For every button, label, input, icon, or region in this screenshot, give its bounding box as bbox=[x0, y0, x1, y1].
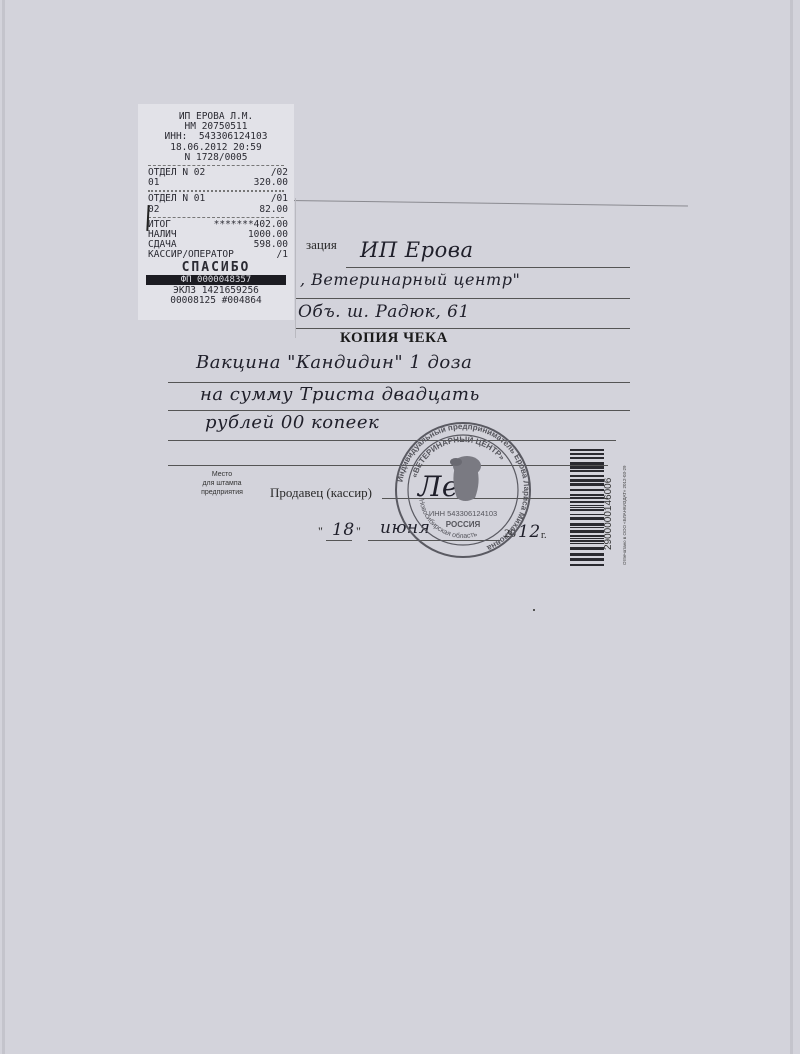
scan-edge-left bbox=[2, 0, 5, 1054]
item-handwriting-1: Вакцина "Кандидин" 1 доза bbox=[196, 352, 472, 373]
receipt-footer: 00008125 #004864 bbox=[138, 296, 294, 306]
stamp-country: РОССИЯ bbox=[446, 520, 481, 529]
dog-head-icon bbox=[450, 456, 481, 501]
address-line bbox=[296, 328, 630, 329]
date-year-end: г. bbox=[541, 530, 546, 541]
stamp-place-label: Место для штампа предприятия bbox=[182, 470, 262, 497]
organization-handwriting: ИП Ерова bbox=[360, 238, 473, 262]
stamp-place-line-3: предприятия bbox=[182, 488, 262, 497]
item-line-3 bbox=[168, 440, 616, 441]
form-title: КОПИЯ ЧЕКА bbox=[340, 330, 448, 347]
date-quote-open: " bbox=[318, 524, 323, 539]
department-amount: 320.00 bbox=[254, 178, 288, 188]
item-line-2 bbox=[168, 410, 630, 411]
receipt-separator bbox=[148, 217, 284, 218]
item-handwriting-2: на сумму Триста двадцать bbox=[200, 384, 480, 405]
item-handwriting-3: рублей 00 копеек bbox=[205, 412, 379, 433]
fiscal-sign-bar: ФП 0000048357 bbox=[146, 275, 286, 285]
date-day-line bbox=[326, 540, 352, 541]
form-top-border bbox=[290, 200, 688, 207]
scan-speck bbox=[533, 609, 535, 611]
organization-handwriting-2: , Ветеринарный центр" bbox=[300, 270, 520, 289]
address-handwriting: Объ. ш. Радюк, 61 bbox=[298, 302, 470, 322]
department-item: 02 bbox=[148, 205, 159, 215]
item-line-4 bbox=[168, 465, 608, 466]
organization-line-1 bbox=[346, 267, 630, 268]
department-amount-row-1: 01 320.00 bbox=[138, 178, 294, 188]
receipt-number: N 1728/0005 bbox=[138, 153, 294, 163]
stamp-inn: ИНН 543306124103 bbox=[429, 509, 497, 518]
form-barcode bbox=[568, 445, 628, 570]
stamp-place-line-2: для штампа bbox=[182, 479, 262, 488]
company-seal-stamp: Индивидуальный предприниматель Ерова Лар… bbox=[393, 420, 533, 560]
organization-line-2 bbox=[296, 298, 630, 299]
form-left-border bbox=[295, 198, 296, 338]
item-line-1 bbox=[168, 382, 630, 383]
stamp-place-line-1: Место bbox=[182, 470, 262, 479]
receipt-separator bbox=[148, 190, 284, 192]
date-quote-close: " bbox=[356, 524, 361, 539]
receipt-thanks: СПАСИБО bbox=[138, 261, 294, 274]
date-day: 18 bbox=[332, 520, 355, 540]
organization-label: зация bbox=[306, 237, 337, 253]
scan-edge-right bbox=[790, 0, 793, 1054]
department-amount-row-2: 02 82.00 bbox=[138, 205, 294, 215]
seller-label: Продавец (кассир) bbox=[270, 485, 372, 501]
department-amount: 82.00 bbox=[259, 205, 288, 215]
cashier-value: /1 bbox=[277, 250, 288, 260]
cash-register-receipt: ИП ЕРОВА Л.М. НМ 20750511 ИНН: 543306124… bbox=[138, 104, 294, 320]
department-item: 01 bbox=[148, 178, 159, 188]
receipt-separator bbox=[148, 165, 284, 166]
